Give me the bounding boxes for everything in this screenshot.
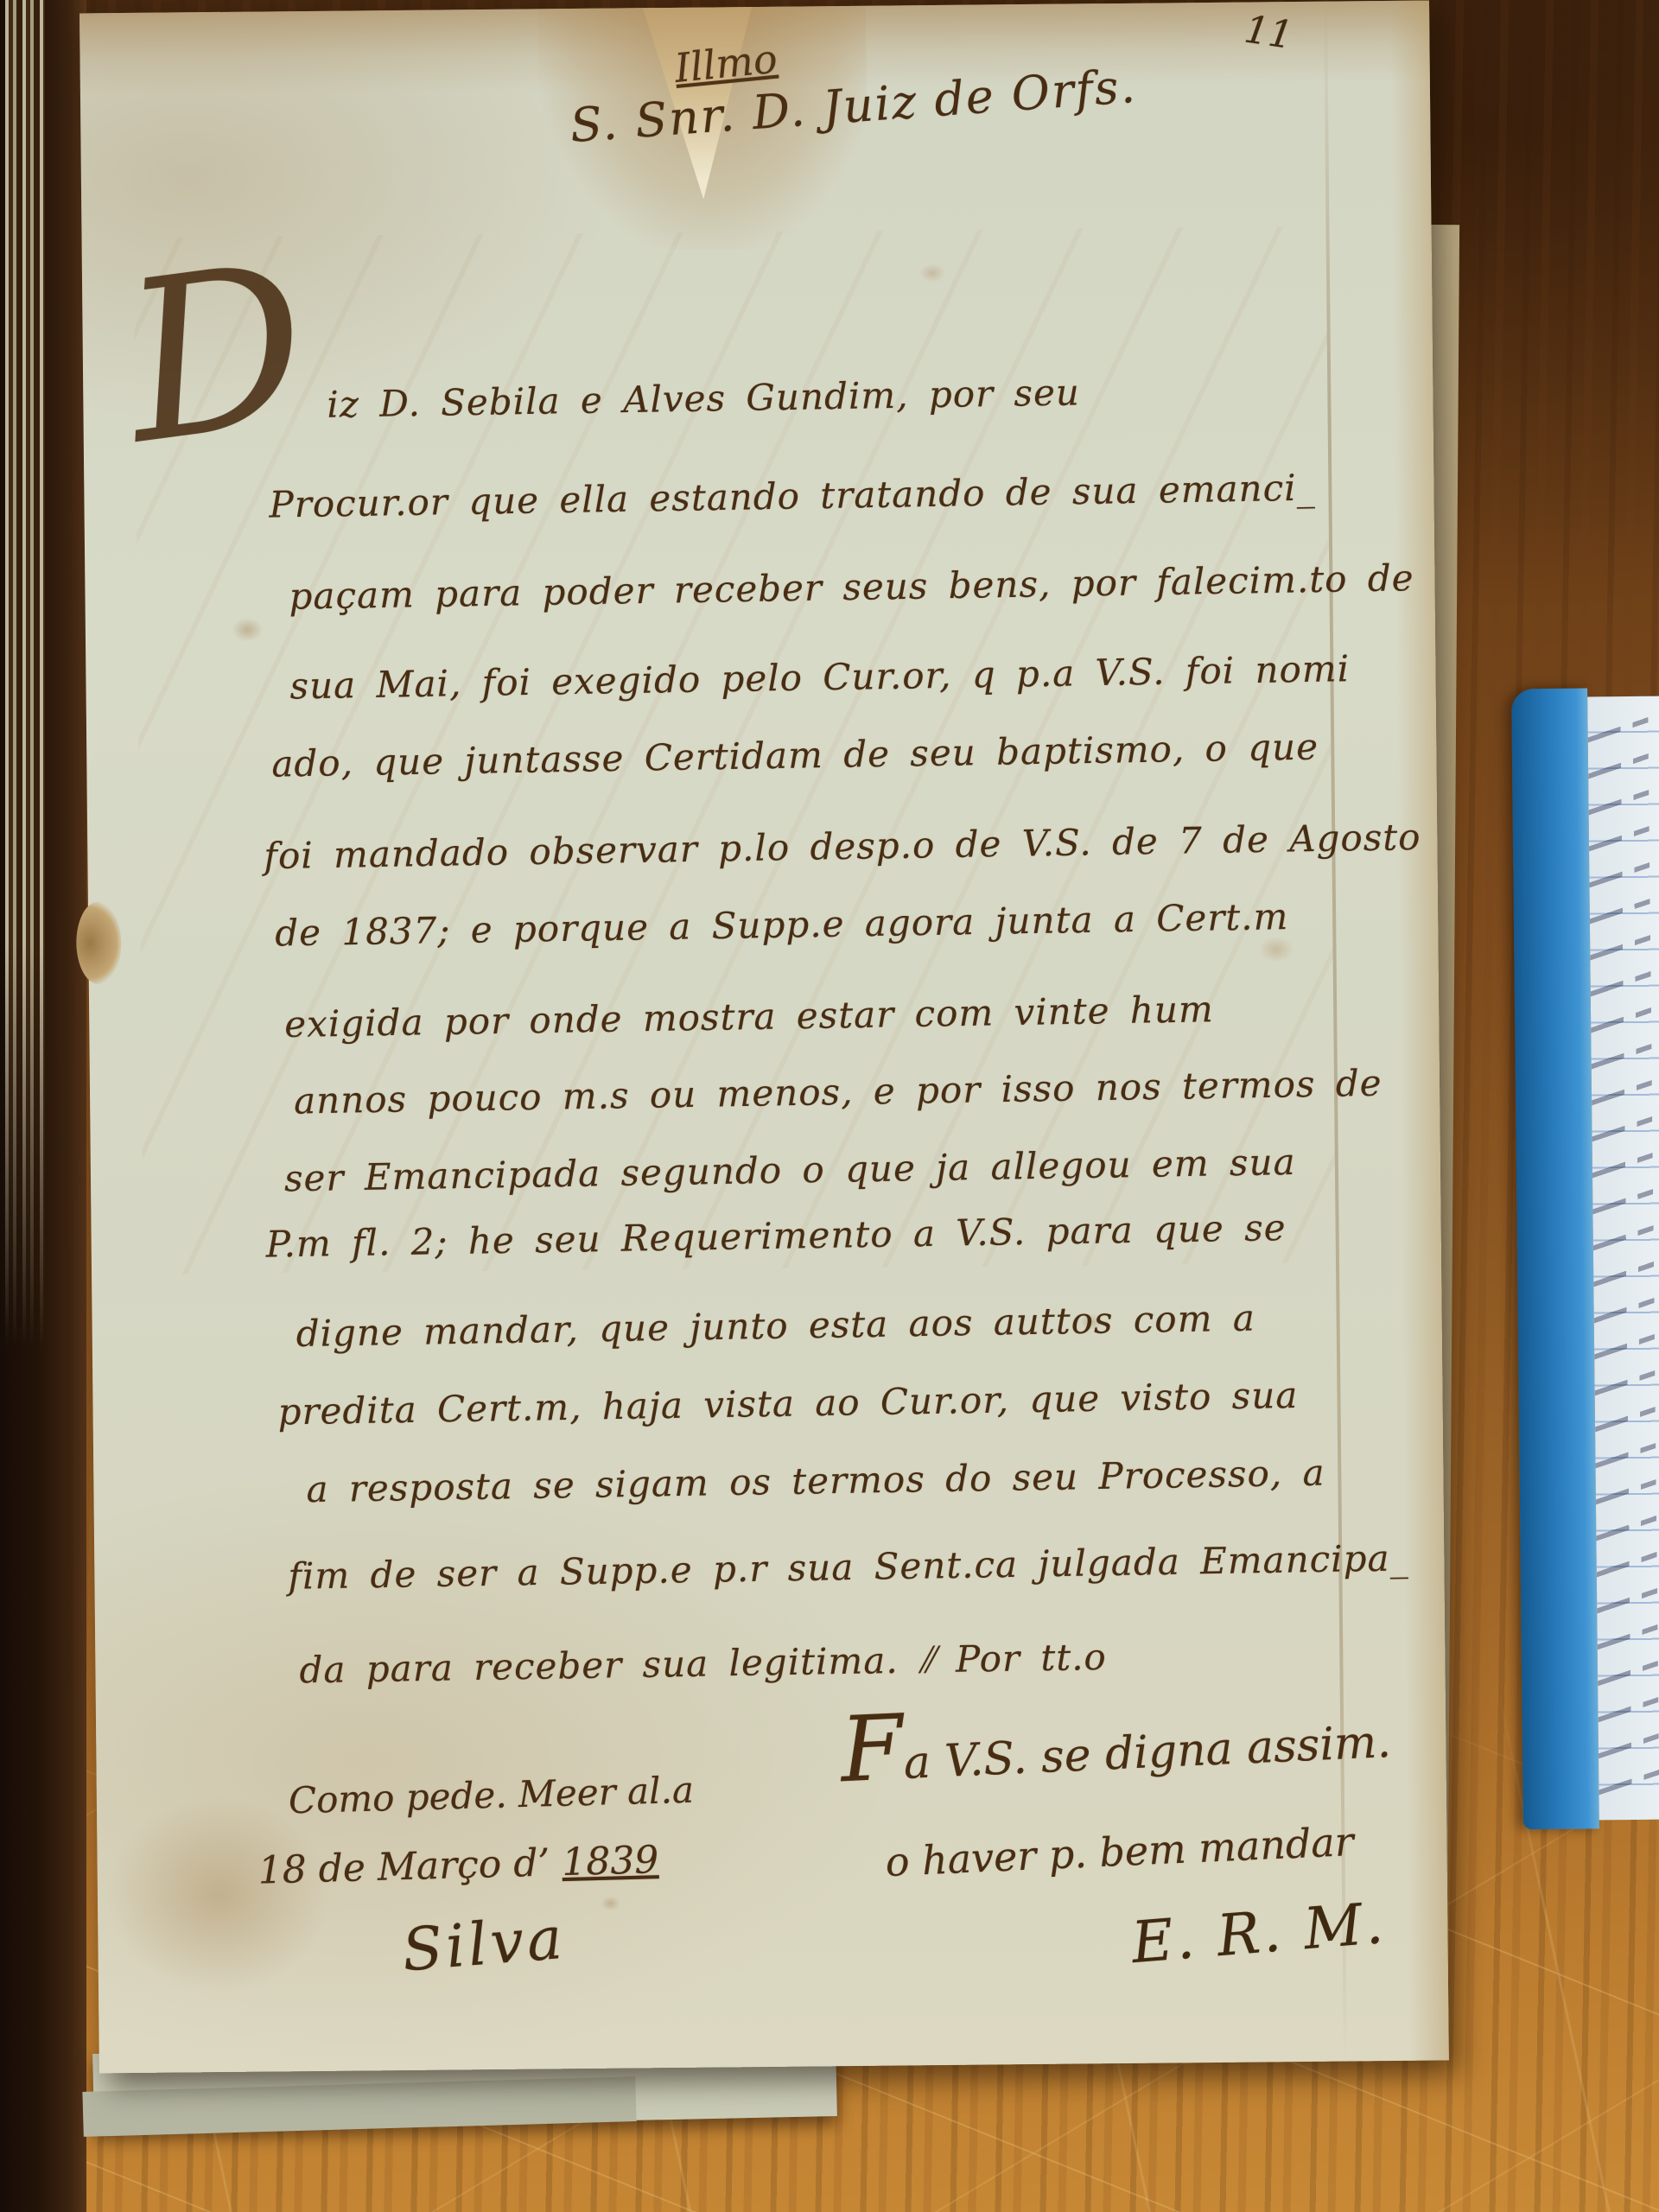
page-number: 11 xyxy=(1242,7,1296,58)
salutation-illmo: Illmo xyxy=(672,35,779,92)
judge-signature: Silva xyxy=(400,1904,569,1986)
deferral-date-prefix: 18 de Março d’ xyxy=(257,1840,563,1892)
stacked-page-edges xyxy=(5,0,45,1348)
notebook-ruled-paper xyxy=(1587,696,1659,1821)
manuscript-sheet: 11 Illmo S. Snr. D. Juiz de Orfs. D iz D… xyxy=(79,1,1449,2074)
notebook-blue-cover xyxy=(1511,688,1599,1829)
photo-of-manuscript: 11 Illmo S. Snr. D. Juiz de Orfs. D iz D… xyxy=(0,0,1659,2212)
blue-notebook xyxy=(1511,687,1659,1830)
notebook-handwriting-marks xyxy=(1587,694,1659,1802)
deferral-date-year: 1839 xyxy=(562,1838,659,1885)
ornate-initial-capital: D xyxy=(114,233,319,476)
